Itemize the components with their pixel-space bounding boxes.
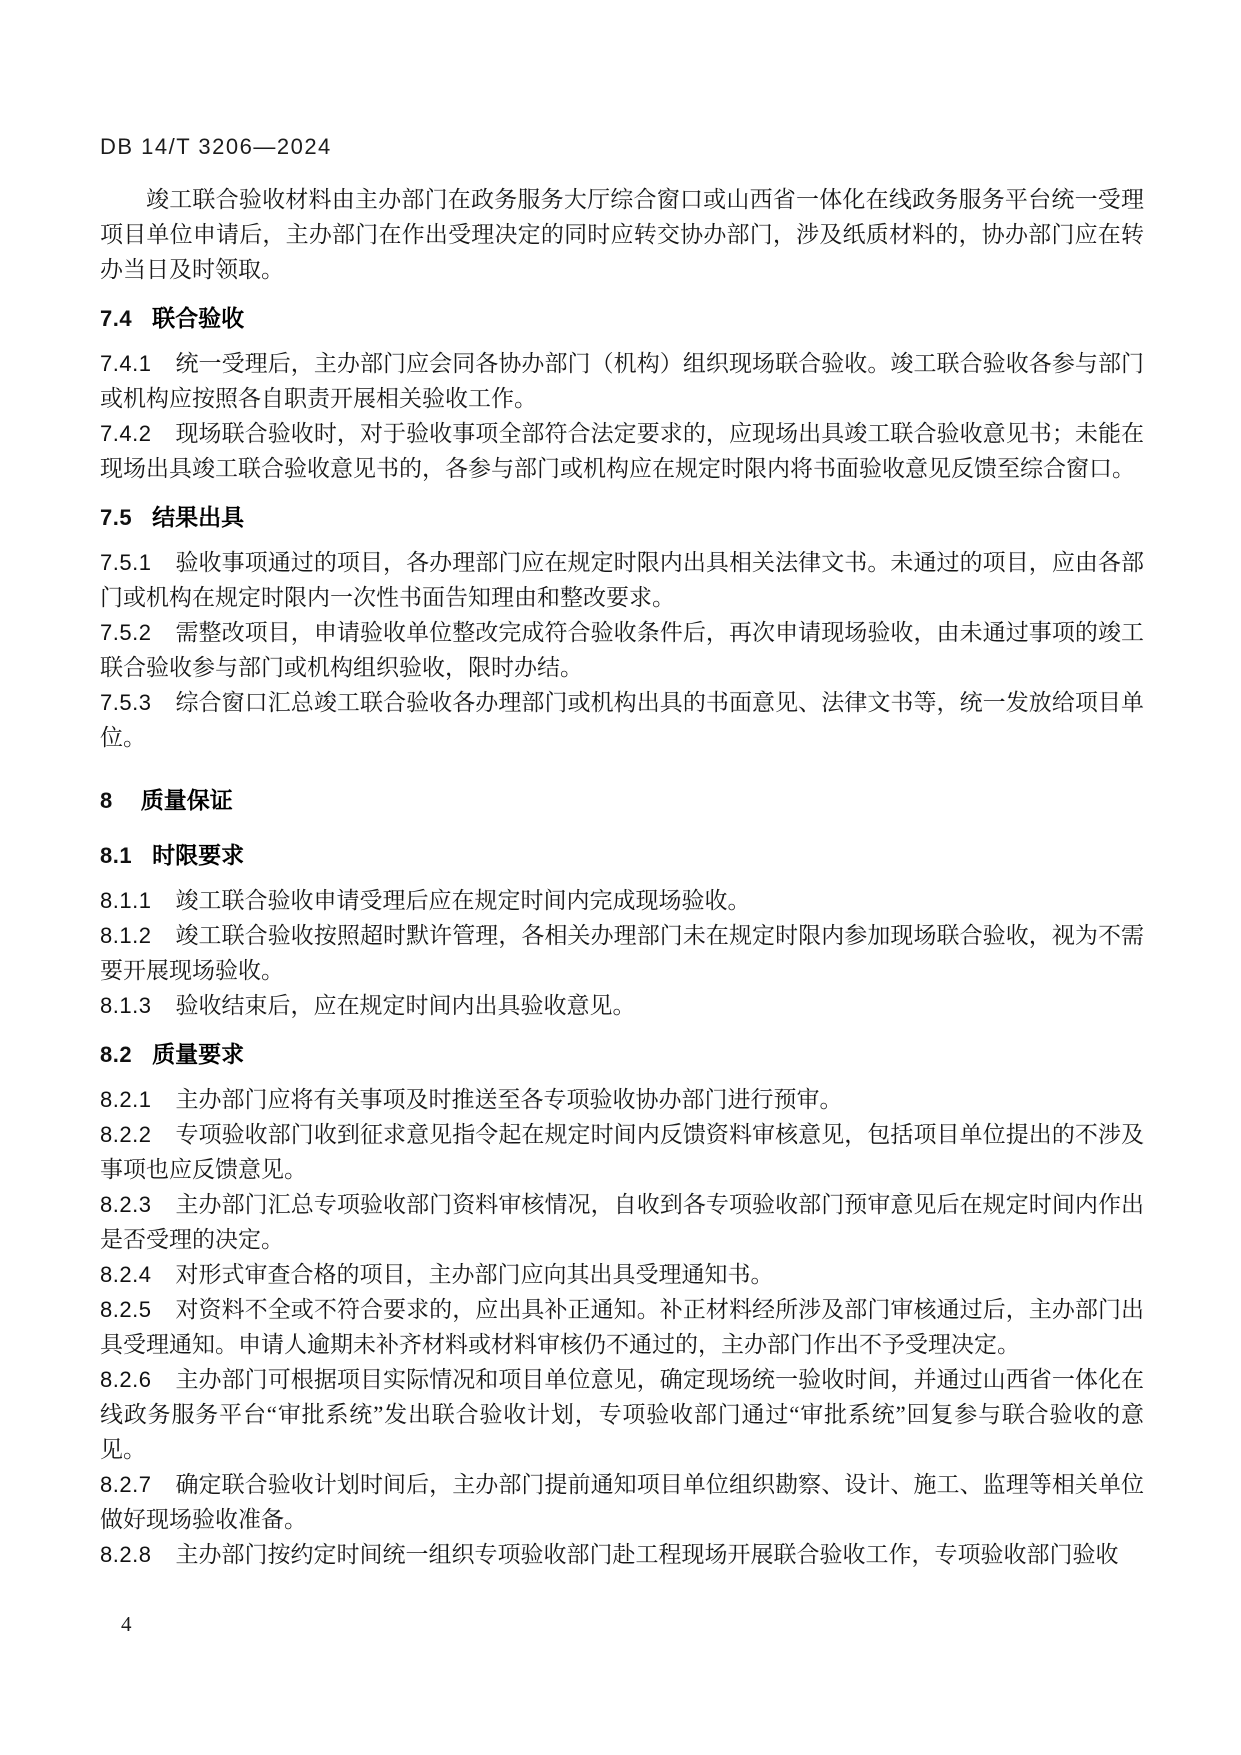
section-heading-8-1: 8.1时限要求 (100, 838, 1144, 873)
document-page: DB 14/T 3206—2024 竣工联合验收材料由主办部门在政务服务大厅综合… (0, 0, 1241, 1755)
section-title: 结果出具 (152, 504, 244, 530)
clause-number: 8.1.2 (100, 923, 151, 948)
clause-number: 8.1.3 (100, 993, 151, 1018)
clause-8-2-6: 8.2.6主办部门可根据项目实际情况和项目单位意见，确定现场统一验收时间，并通过… (100, 1362, 1144, 1467)
clause-text: 统一受理后，主办部门应会同各协办部门（机构）组织现场联合验收。竣工联合验收各参与… (100, 351, 1144, 411)
section-title: 联合验收 (152, 305, 244, 331)
clause-number: 7.5.3 (100, 690, 151, 715)
clause-text: 综合窗口汇总竣工联合验收各办理部门或机构出具的书面意见、法律文书等，统一发放给项… (100, 690, 1144, 750)
clause-8-2-8: 8.2.8主办部门按约定时间统一组织专项验收部门赴工程现场开展联合验收工作，专项… (100, 1537, 1144, 1572)
clause-text: 主办部门汇总专项验收部门资料审核情况，自收到各专项验收部门预审意见后在规定时间内… (100, 1192, 1144, 1252)
clause-8-2-1: 8.2.1主办部门应将有关事项及时推送至各专项验收协办部门进行预审。 (100, 1082, 1144, 1117)
chapter-number: 8 (100, 788, 113, 813)
clause-text: 确定联合验收计划时间后，主办部门提前通知项目单位组织勘察、设计、施工、监理等相关… (100, 1472, 1144, 1532)
clause-8-2-2: 8.2.2专项验收部门收到征求意见指令起在规定时间内反馈资料审核意见，包括项目单… (100, 1117, 1144, 1187)
clause-number: 8.2.1 (100, 1087, 151, 1112)
section-number: 8.1 (100, 843, 132, 868)
section-number: 7.4 (100, 306, 132, 331)
clause-number: 8.2.7 (100, 1472, 151, 1497)
clause-number: 8.1.1 (100, 888, 151, 913)
clause-number: 8.2.2 (100, 1122, 151, 1147)
clause-8-1-3: 8.1.3验收结束后，应在规定时间内出具验收意见。 (100, 988, 1144, 1023)
clause-8-2-7: 8.2.7确定联合验收计划时间后，主办部门提前通知项目单位组织勘察、设计、施工、… (100, 1467, 1144, 1537)
clause-text: 需整改项目，申请验收单位整改完成符合验收条件后，再次申请现场验收，由未通过事项的… (100, 620, 1144, 680)
clause-number: 7.5.2 (100, 620, 151, 645)
clause-text: 主办部门可根据项目实际情况和项目单位意见，确定现场统一验收时间，并通过山西省一体… (100, 1367, 1144, 1462)
section-title: 质量要求 (152, 1041, 244, 1067)
clause-text: 竣工联合验收按照超时默许管理，各相关办理部门未在规定时限内参加现场联合验收，视为… (100, 923, 1144, 983)
clause-number: 8.2.3 (100, 1192, 151, 1217)
clause-text: 验收事项通过的项目，各办理部门应在规定时限内出具相关法律文书。未通过的项目，应由… (100, 550, 1144, 610)
clause-text: 对资料不全或不符合要求的，应出具补正通知。补正材料经所涉及部门审核通过后，主办部… (100, 1297, 1144, 1357)
chapter-heading-8: 8质量保证 (100, 783, 1144, 818)
clause-7-5-1: 7.5.1验收事项通过的项目，各办理部门应在规定时限内出具相关法律文书。未通过的… (100, 545, 1144, 615)
clause-text: 专项验收部门收到征求意见指令起在规定时间内反馈资料审核意见，包括项目单位提出的不… (100, 1122, 1144, 1182)
clause-8-2-5: 8.2.5对资料不全或不符合要求的，应出具补正通知。补正材料经所涉及部门审核通过… (100, 1292, 1144, 1362)
clause-text: 主办部门按约定时间统一组织专项验收部门赴工程现场开展联合验收工作，专项验收部门验… (175, 1542, 1118, 1567)
document-code-header: DB 14/T 3206—2024 (100, 134, 332, 160)
clause-7-4-1: 7.4.1统一受理后，主办部门应会同各协办部门（机构）组织现场联合验收。竣工联合… (100, 346, 1144, 416)
clause-number: 7.4.2 (100, 421, 151, 446)
section-number: 7.5 (100, 505, 132, 530)
section-heading-7-5: 7.5结果出具 (100, 500, 1144, 535)
paragraph-intro: 竣工联合验收材料由主办部门在政务服务大厅综合窗口或山西省一体化在线政务服务平台统… (100, 182, 1144, 287)
clause-number: 8.2.8 (100, 1542, 151, 1567)
chapter-title: 质量保证 (141, 787, 233, 813)
section-heading-8-2: 8.2质量要求 (100, 1037, 1144, 1072)
clause-text: 竣工联合验收申请受理后应在规定时间内完成现场验收。 (175, 888, 750, 913)
clause-text: 现场联合验收时，对于验收事项全部符合法定要求的，应现场出具竣工联合验收意见书；未… (100, 421, 1144, 481)
clause-8-1-2: 8.1.2竣工联合验收按照超时默许管理，各相关办理部门未在规定时限内参加现场联合… (100, 918, 1144, 988)
clause-8-2-3: 8.2.3主办部门汇总专项验收部门资料审核情况，自收到各专项验收部门预审意见后在… (100, 1187, 1144, 1257)
clause-number: 8.2.4 (100, 1262, 151, 1287)
clause-7-4-2: 7.4.2现场联合验收时，对于验收事项全部符合法定要求的，应现场出具竣工联合验收… (100, 416, 1144, 486)
clause-8-1-1: 8.1.1竣工联合验收申请受理后应在规定时间内完成现场验收。 (100, 883, 1144, 918)
clause-number: 7.4.1 (100, 351, 151, 376)
document-body: 竣工联合验收材料由主办部门在政务服务大厅综合窗口或山西省一体化在线政务服务平台统… (100, 182, 1144, 1572)
clause-number: 7.5.1 (100, 550, 151, 575)
clause-7-5-3: 7.5.3综合窗口汇总竣工联合验收各办理部门或机构出具的书面意见、法律文书等，统… (100, 685, 1144, 755)
page-number: 4 (121, 1612, 132, 1637)
paragraph-text: 竣工联合验收材料由主办部门在政务服务大厅综合窗口或山西省一体化在线政务服务平台统… (100, 187, 1144, 282)
clause-number: 8.2.5 (100, 1297, 151, 1322)
clause-7-5-2: 7.5.2需整改项目，申请验收单位整改完成符合验收条件后，再次申请现场验收，由未… (100, 615, 1144, 685)
clause-text: 对形式审查合格的项目，主办部门应向其出具受理通知书。 (175, 1262, 773, 1287)
section-title: 时限要求 (152, 842, 244, 868)
section-heading-7-4: 7.4联合验收 (100, 301, 1144, 336)
clause-text: 主办部门应将有关事项及时推送至各专项验收协办部门进行预审。 (175, 1087, 842, 1112)
clause-text: 验收结束后，应在规定时间内出具验收意见。 (175, 993, 635, 1018)
clause-number: 8.2.6 (100, 1367, 151, 1392)
clause-8-2-4: 8.2.4对形式审查合格的项目，主办部门应向其出具受理通知书。 (100, 1257, 1144, 1292)
section-number: 8.2 (100, 1042, 132, 1067)
